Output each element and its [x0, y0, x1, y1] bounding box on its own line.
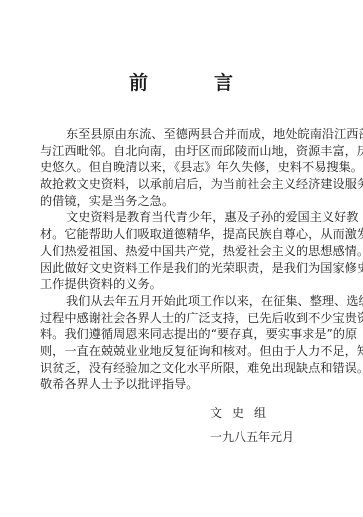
paragraph-3: 我们从去年五月开始此项工作以来，在征集、整理、选编 过程中感谢社会各界人士的广泛…: [40, 293, 326, 393]
text-line: 我们从去年五月开始此项工作以来，在征集、整理、选编: [40, 293, 326, 310]
paragraph-2: 文史资料是教育当代青少年，惠及子孙的爱国主义好教 材。它能帮助人们吸取道德精华，…: [40, 209, 326, 292]
text-line: 史悠久。但自晚清以来，《县志》年久失修，史料不易搜集。: [40, 159, 326, 176]
text-line: 则，一直在兢兢业业地反复征询和核对。但由于人力不足，知: [40, 343, 326, 360]
preface-body: 东至县原由东流、至德两县合并而成，地处皖南沿江西部， 与江西毗邻。自北向南，由圩…: [40, 126, 326, 393]
text-line: 文史资料是教育当代青少年，惠及子孙的爱国主义好教: [40, 209, 326, 226]
signature-date: 一九八五年元月: [210, 428, 294, 445]
paragraph-1: 东至县原由东流、至德两县合并而成，地处皖南沿江西部， 与江西毗邻。自北向南，由圩…: [40, 126, 326, 209]
text-line: 人们热爱祖国、热爱中国共产党，热爱社会主义的思想感情。: [40, 243, 326, 260]
text-line: 敬希各界人士予以批评指导。: [40, 376, 326, 393]
signature-organization: 文史组: [210, 404, 276, 421]
text-line: 故抢救文史资料，以承前启后，为当前社会主义经济建设服务: [40, 176, 326, 193]
text-line: 因此做好文史资料工作是我们的光荣职责，是我们为国家修史: [40, 260, 326, 277]
text-line: 的借镜，实是当务之急。: [40, 193, 326, 210]
title-char-1: 前: [129, 70, 148, 96]
text-line: 东至县原由东流、至德两县合并而成，地处皖南沿江西部，: [40, 126, 326, 143]
text-line: 材。它能帮助人们吸取道德精华，提高民族自尊心，从而激发: [40, 226, 326, 243]
page-title: 前 言: [0, 70, 363, 96]
text-line: 工作提供资料的义务。: [40, 276, 326, 293]
text-line: 过程中感谢社会各界人士的广泛支持，已先后收到不少宝贵资: [40, 310, 326, 327]
text-line: 与江西毗邻。自北向南，由圩区而邱陵而山地，资源丰富，历: [40, 143, 326, 160]
text-line: 识贫乏，没有经验加之文化水平所限，难免出现缺点和错误。: [40, 360, 326, 377]
title-char-2: 言: [214, 70, 233, 96]
text-line: 料。我们遵循周恩来同志提出的“要存真，要实事求是”的原: [40, 326, 326, 343]
